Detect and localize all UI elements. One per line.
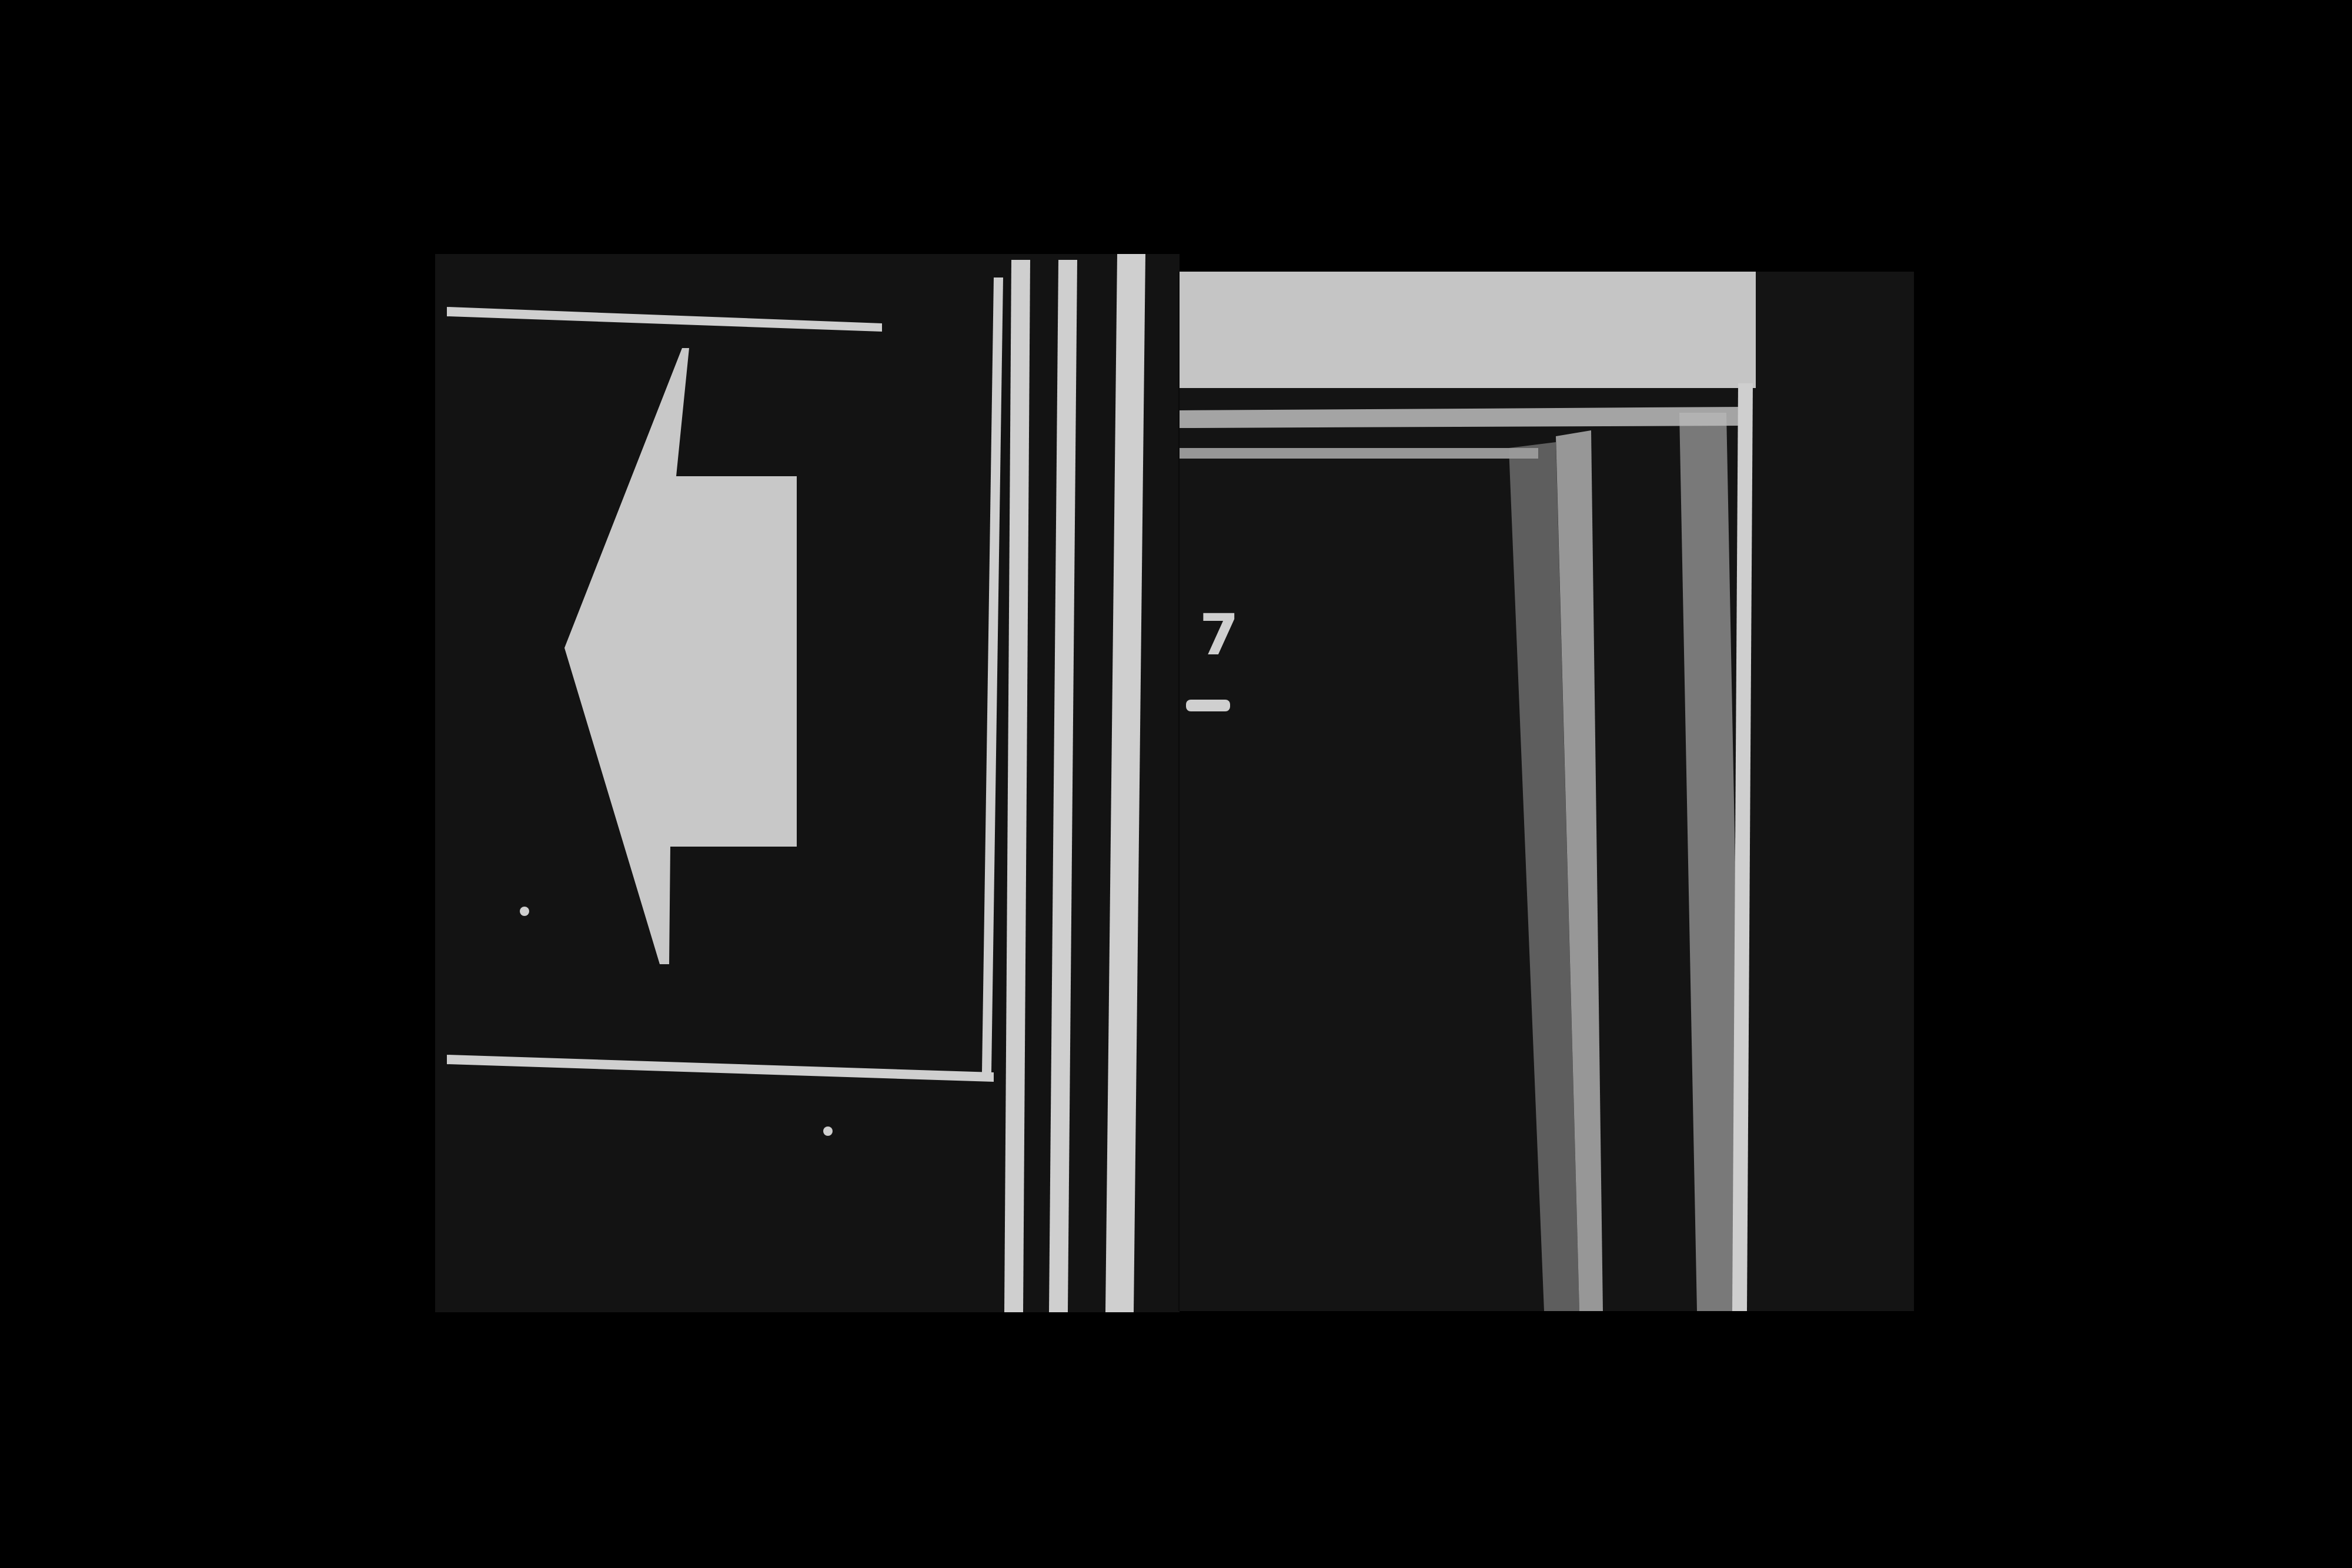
left-page — [435, 254, 1180, 1312]
booklet-spread: 7 — [435, 254, 1914, 1312]
right-page — [1180, 272, 1914, 1311]
right-page-artwork — [1180, 272, 1914, 1311]
page-number: 7 — [1200, 607, 1239, 663]
left-arrow-icon — [564, 348, 797, 964]
page-number-underline — [1186, 700, 1230, 711]
left-page-artwork — [435, 254, 1180, 1312]
